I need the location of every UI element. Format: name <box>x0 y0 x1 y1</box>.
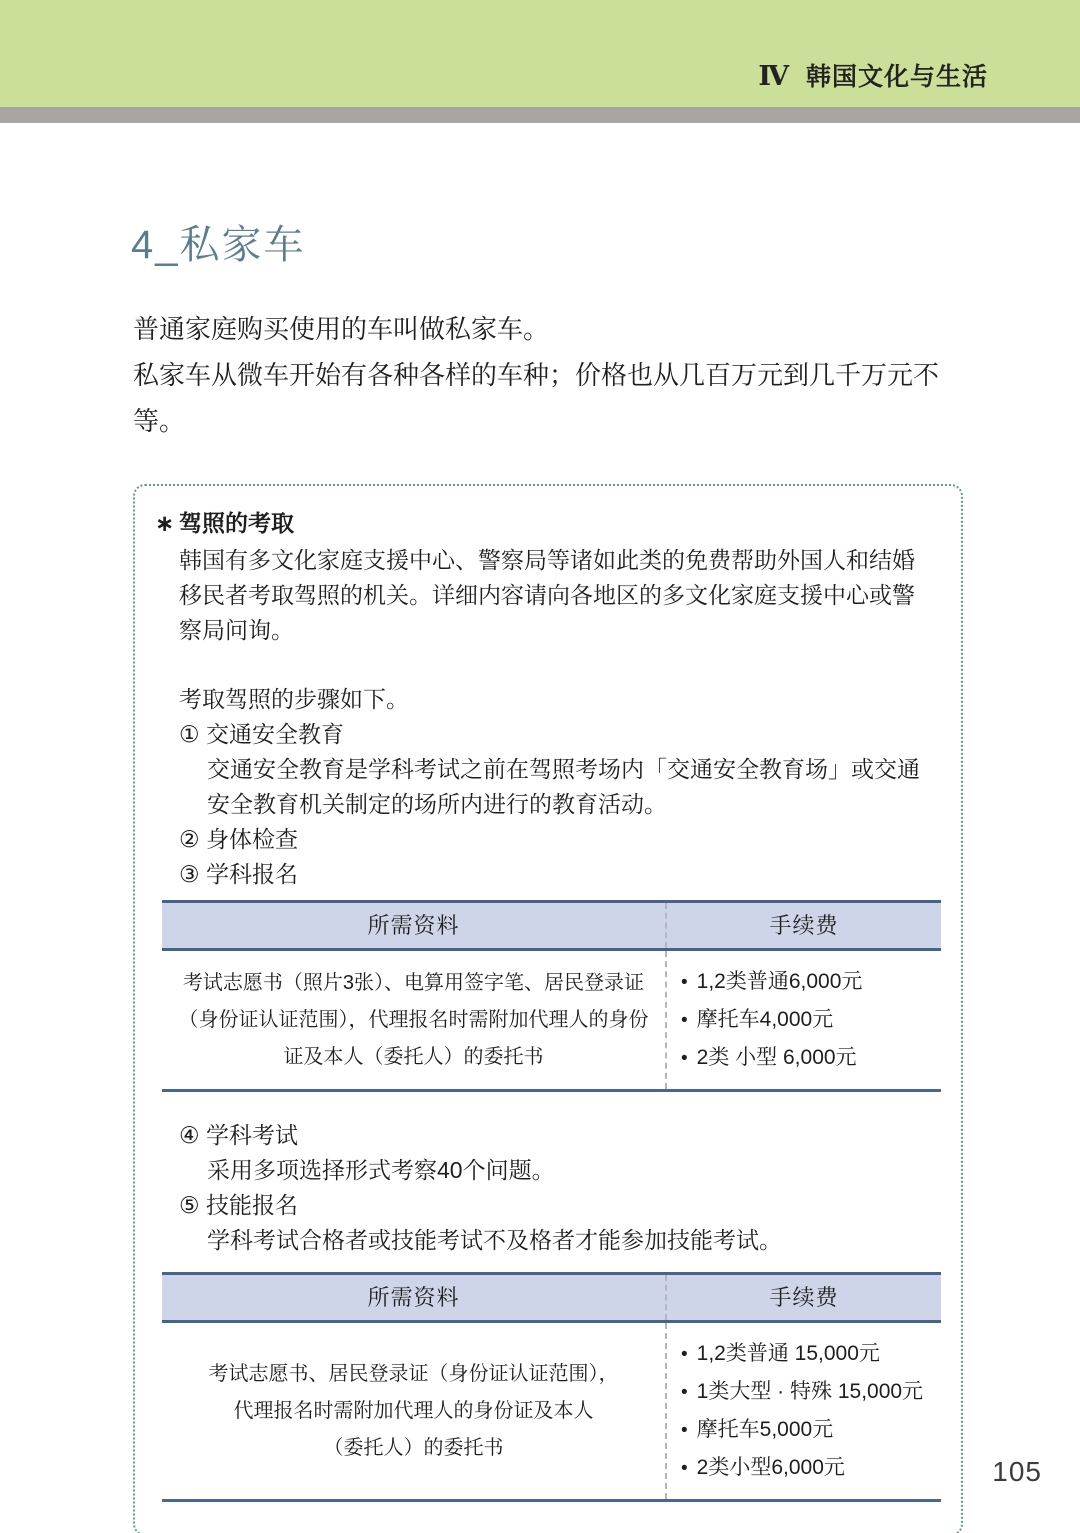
document-page: { "header": { "section_number": "Ⅳ", "se… <box>0 0 1080 1533</box>
section-title: 4_私家车 <box>131 213 1080 270</box>
step-item-4: ④ 学科考试 <box>179 1118 923 1153</box>
license-info-box: ∗驾照的考取 韩国有多文化家庭支援中心、警察局等诸如此类的免费帮助外国人和结婚移… <box>133 484 963 1533</box>
column-header-fee: 手续费 <box>666 902 941 950</box>
step-detail-4: 采用多项选择形式考察40个问题。 <box>207 1153 923 1188</box>
table-row: 考试志愿书（照片3张）、电算用签字笔、居民登录证（身份证认证范围），代理报名时需… <box>162 950 941 1091</box>
chapter-header-band: Ⅳ韩国文化与生活 <box>0 0 1080 107</box>
fee-item: 2类 小型 6,000元 <box>681 1039 933 1077</box>
fee-item: 1,2类普通 15,000元 <box>681 1335 933 1373</box>
header-divider-bar <box>0 107 1080 123</box>
step-label: 学科考试 <box>206 1122 298 1148</box>
chapter-number: Ⅳ <box>758 61 790 91</box>
intro-paragraph: 私家车从微车开始有各种各样的车种；价格也从几百万元到几千万元不等。 <box>133 352 968 444</box>
intro-paragraphs: 普通家庭购买使用的车叫做私家车。 私家车从微车开始有各种各样的车种；价格也从几百… <box>133 306 968 444</box>
step-label: 技能报名 <box>206 1192 298 1218</box>
fee-list: 1,2类普通6,000元摩托车4,000元2类 小型 6,000元 <box>681 963 933 1077</box>
box-heading-text: 驾照的考取 <box>179 510 294 536</box>
page-number: 105 <box>992 1456 1042 1488</box>
skill-exam-fee-table: 所需资料 手续费 考试志愿书、居民登录证（身份证认证范围）， 代理报名时需附加代… <box>162 1272 941 1502</box>
step-detail-5: 学科考试合格者或技能考试不及格者才能参加技能考试。 <box>207 1223 923 1258</box>
steps-lead-line: 考取驾照的步骤如下。 <box>179 682 923 717</box>
box-intro-paragraph: 韩国有多文化家庭支援中心、警察局等诸如此类的免费帮助外国人和结婚移民者考取驾照的… <box>179 543 923 648</box>
asterisk-marker: ∗ <box>155 506 179 541</box>
step-marker: ⑤ <box>179 1192 200 1218</box>
step-marker: ④ <box>179 1122 200 1148</box>
step-item-5: ⑤ 技能报名 <box>179 1188 923 1223</box>
fee-item: 1,2类普通6,000元 <box>681 963 933 1001</box>
column-header-fee: 手续费 <box>666 1274 941 1322</box>
step-marker: ② <box>179 826 200 852</box>
step-item-2: ② 身体检查 <box>179 822 923 857</box>
fee-list: 1,2类普通 15,000元1类大型 · 特殊 15,000元摩托车5,000元… <box>681 1335 933 1487</box>
fees-cell: 1,2类普通6,000元摩托车4,000元2类 小型 6,000元 <box>666 950 941 1091</box>
fees-cell: 1,2类普通 15,000元1类大型 · 特殊 15,000元摩托车5,000元… <box>666 1322 941 1501</box>
column-header-materials: 所需资料 <box>162 902 666 950</box>
box-heading: ∗驾照的考取 <box>155 506 923 541</box>
table-row: 考试志愿书、居民登录证（身份证认证范围）， 代理报名时需附加代理人的身份证及本人… <box>162 1322 941 1501</box>
fee-item: 1类大型 · 特殊 15,000元 <box>681 1373 933 1411</box>
table-header-row: 所需资料 手续费 <box>162 902 941 950</box>
step-marker: ③ <box>179 861 200 887</box>
step-detail-1: 交通安全教育是学科考试之前在驾照考场内「交通安全教育场」或交通安全教育机关制定的… <box>207 752 923 822</box>
table-header-row: 所需资料 手续费 <box>162 1274 941 1322</box>
fee-item: 摩托车4,000元 <box>681 1001 933 1039</box>
step-label: 学科报名 <box>206 861 298 887</box>
fee-item: 摩托车5,000元 <box>681 1411 933 1449</box>
intro-paragraph: 普通家庭购买使用的车叫做私家车。 <box>133 306 968 352</box>
materials-cell: 考试志愿书（照片3张）、电算用签字笔、居民登录证（身份证认证范围），代理报名时需… <box>162 950 666 1091</box>
chapter-title-text: 韩国文化与生活 <box>806 63 988 91</box>
chapter-header-title: Ⅳ韩国文化与生活 <box>758 57 988 93</box>
step-item-3: ③ 学科报名 <box>179 857 923 892</box>
step-marker: ① <box>179 721 200 747</box>
materials-cell: 考试志愿书、居民登录证（身份证认证范围）， 代理报名时需附加代理人的身份证及本人… <box>162 1322 666 1501</box>
column-header-materials: 所需资料 <box>162 1274 666 1322</box>
step-label: 交通安全教育 <box>206 721 344 747</box>
step-item-1: ① 交通安全教育 <box>179 717 923 752</box>
fee-item: 2类小型6,000元 <box>681 1449 933 1487</box>
written-exam-fee-table: 所需资料 手续费 考试志愿书（照片3张）、电算用签字笔、居民登录证（身份证认证范… <box>162 900 941 1092</box>
step-label: 身体检查 <box>206 826 298 852</box>
